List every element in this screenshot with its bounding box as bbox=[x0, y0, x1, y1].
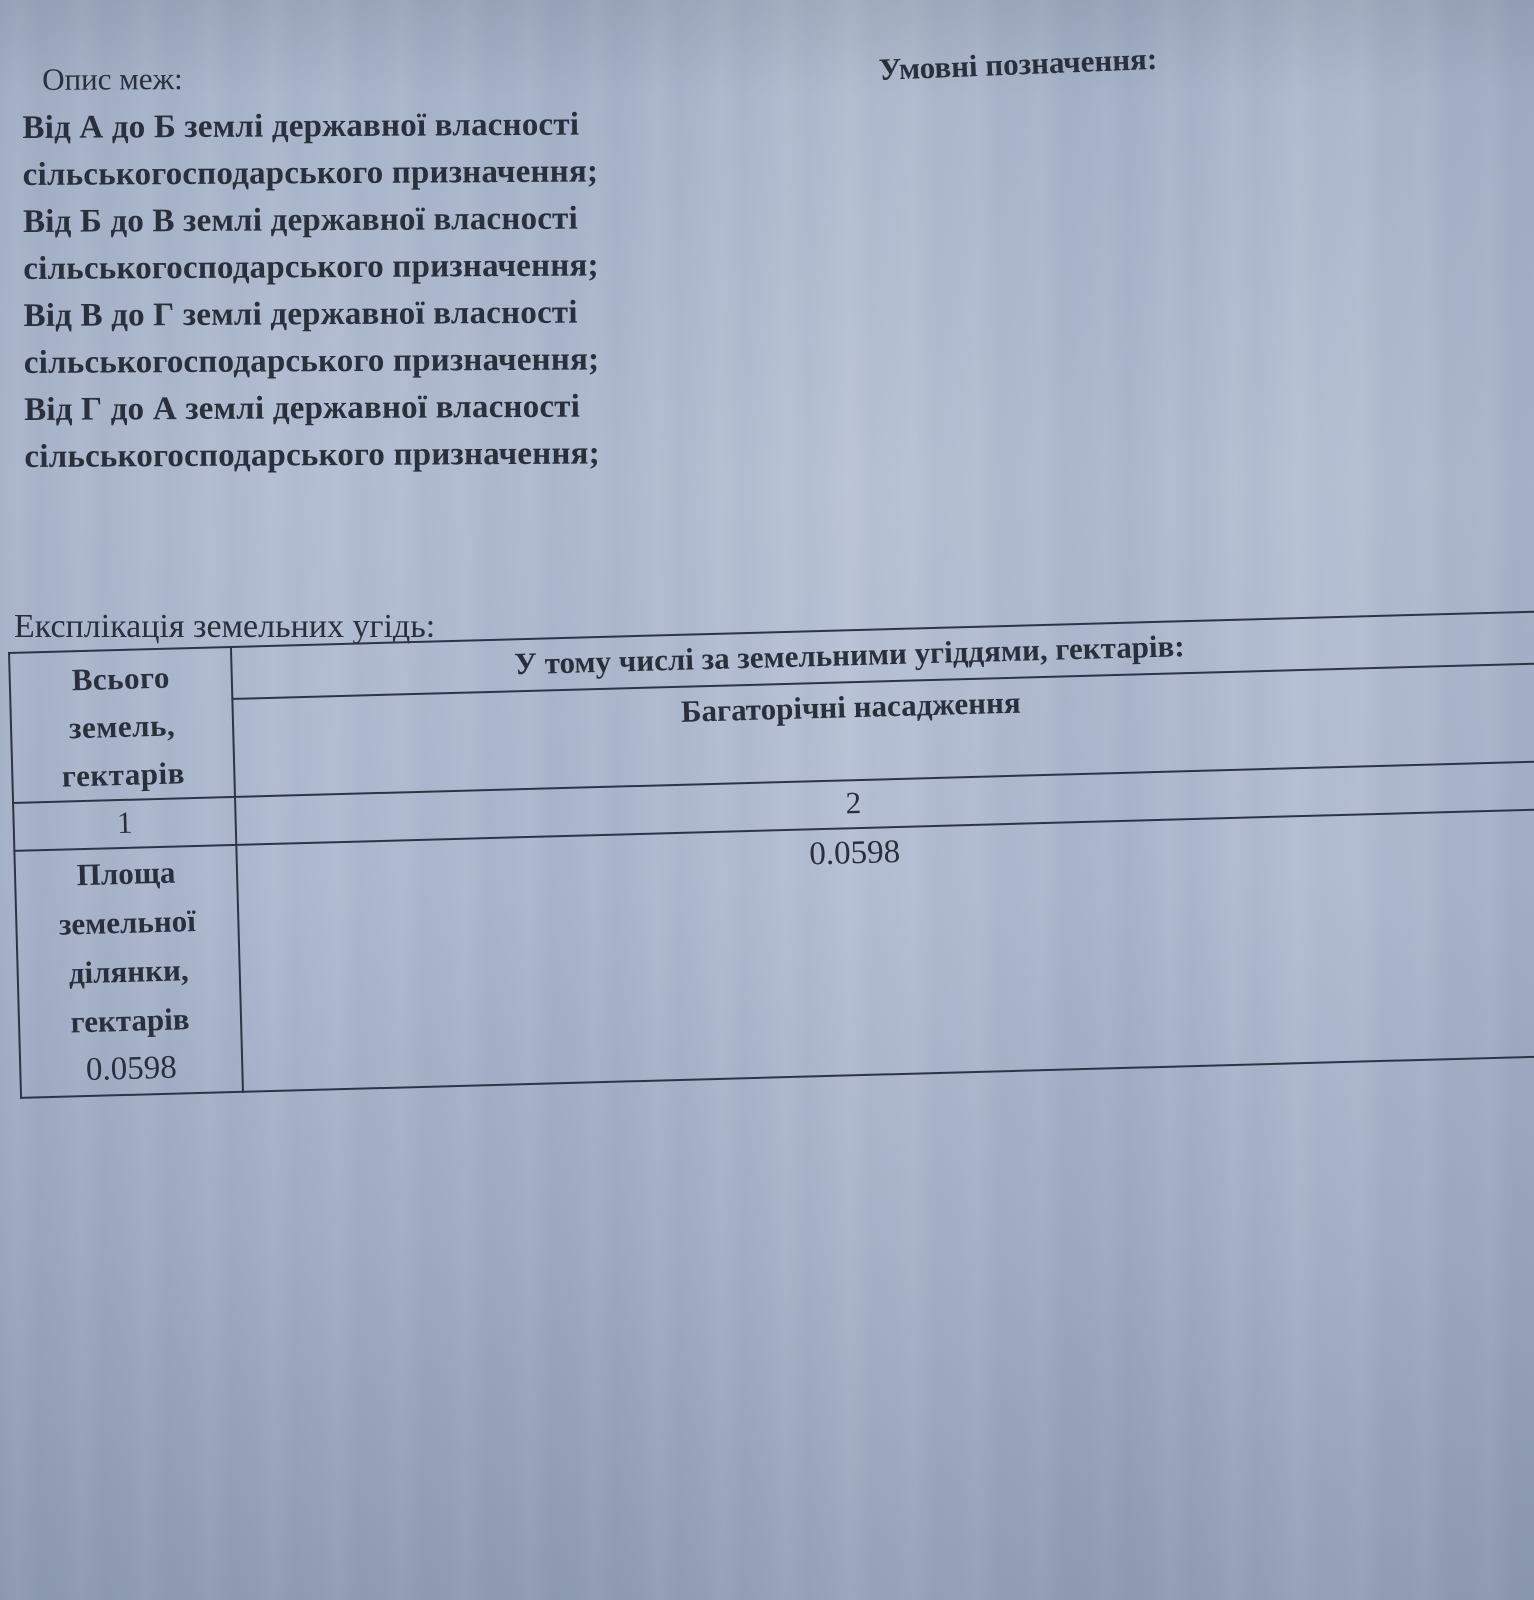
boundary-segment: Від Г до А землі державної власності сіл… bbox=[24, 383, 725, 481]
boundary-segment-purpose: сільськогосподарського призначення; bbox=[23, 148, 723, 199]
document-page: Опис меж: Від А до Б землі державної вла… bbox=[0, 0, 1534, 1600]
boundary-segment-purpose: сільськогосподарського призначення; bbox=[24, 336, 724, 387]
explication-table-wrapper: Всього земель, гектарів У тому числі за … bbox=[8, 609, 1534, 1099]
plot-area-value: 0.0598 bbox=[21, 1042, 242, 1097]
boundaries-heading: Опис меж: bbox=[42, 52, 722, 103]
plot-area-label-line: земельної bbox=[17, 895, 238, 950]
boundary-segment-from-to: Від А до Б землі державної власності bbox=[22, 101, 722, 152]
boundary-segment: Від В до Г землі державної власності сіл… bbox=[23, 289, 724, 387]
boundary-segment-from-to: Від Г до А землі державної власності bbox=[24, 383, 724, 434]
plot-area-cell: Площа земельної ділянки, гектарів 0.0598 bbox=[14, 845, 243, 1098]
plot-area-label-line: ділянки, bbox=[18, 944, 239, 999]
explication-title: Експлікація земельних угідь: bbox=[14, 608, 435, 646]
boundary-segment: Від А до Б землі державної власності сіл… bbox=[22, 101, 723, 199]
column-number-text: 2 bbox=[845, 785, 861, 820]
legend-section: Умовні позначення: bbox=[878, 41, 1158, 88]
boundary-segment-from-to: Від В до Г землі державної власності bbox=[23, 289, 723, 340]
boundary-segment-purpose: сільськогосподарського призначення; bbox=[23, 242, 723, 293]
table-row: Площа земельної ділянки, гектарів 0.0598… bbox=[14, 808, 1534, 1098]
perennial-plantings-value-cell: 0.0598 bbox=[236, 808, 1534, 1092]
column-number-1: 1 bbox=[13, 797, 236, 851]
total-header-line: гектарів bbox=[13, 748, 234, 802]
total-lands-header: Всього земель, гектарів bbox=[9, 647, 235, 803]
type-header-text: Багаторічні насадження bbox=[680, 679, 1021, 736]
legend-heading: Умовні позначення: bbox=[878, 41, 1158, 88]
plot-area-label-line: гектарів bbox=[19, 993, 240, 1048]
plot-area-label-line: Площа bbox=[15, 846, 236, 901]
explication-table: Всього земель, гектарів У тому числі за … bbox=[8, 609, 1534, 1099]
boundary-segment-from-to: Від Б до В землі державної власності bbox=[23, 195, 723, 246]
boundaries-description: Опис меж: Від А до Б землі державної вла… bbox=[22, 52, 725, 481]
total-header-line: земель, bbox=[11, 700, 232, 754]
boundary-segment: Від Б до В землі державної власності сіл… bbox=[23, 195, 724, 293]
boundary-segment-purpose: сільськогосподарського призначення; bbox=[24, 430, 724, 481]
perennial-plantings-value: 0.0598 bbox=[809, 834, 901, 872]
total-header-line: Всього bbox=[10, 652, 231, 706]
